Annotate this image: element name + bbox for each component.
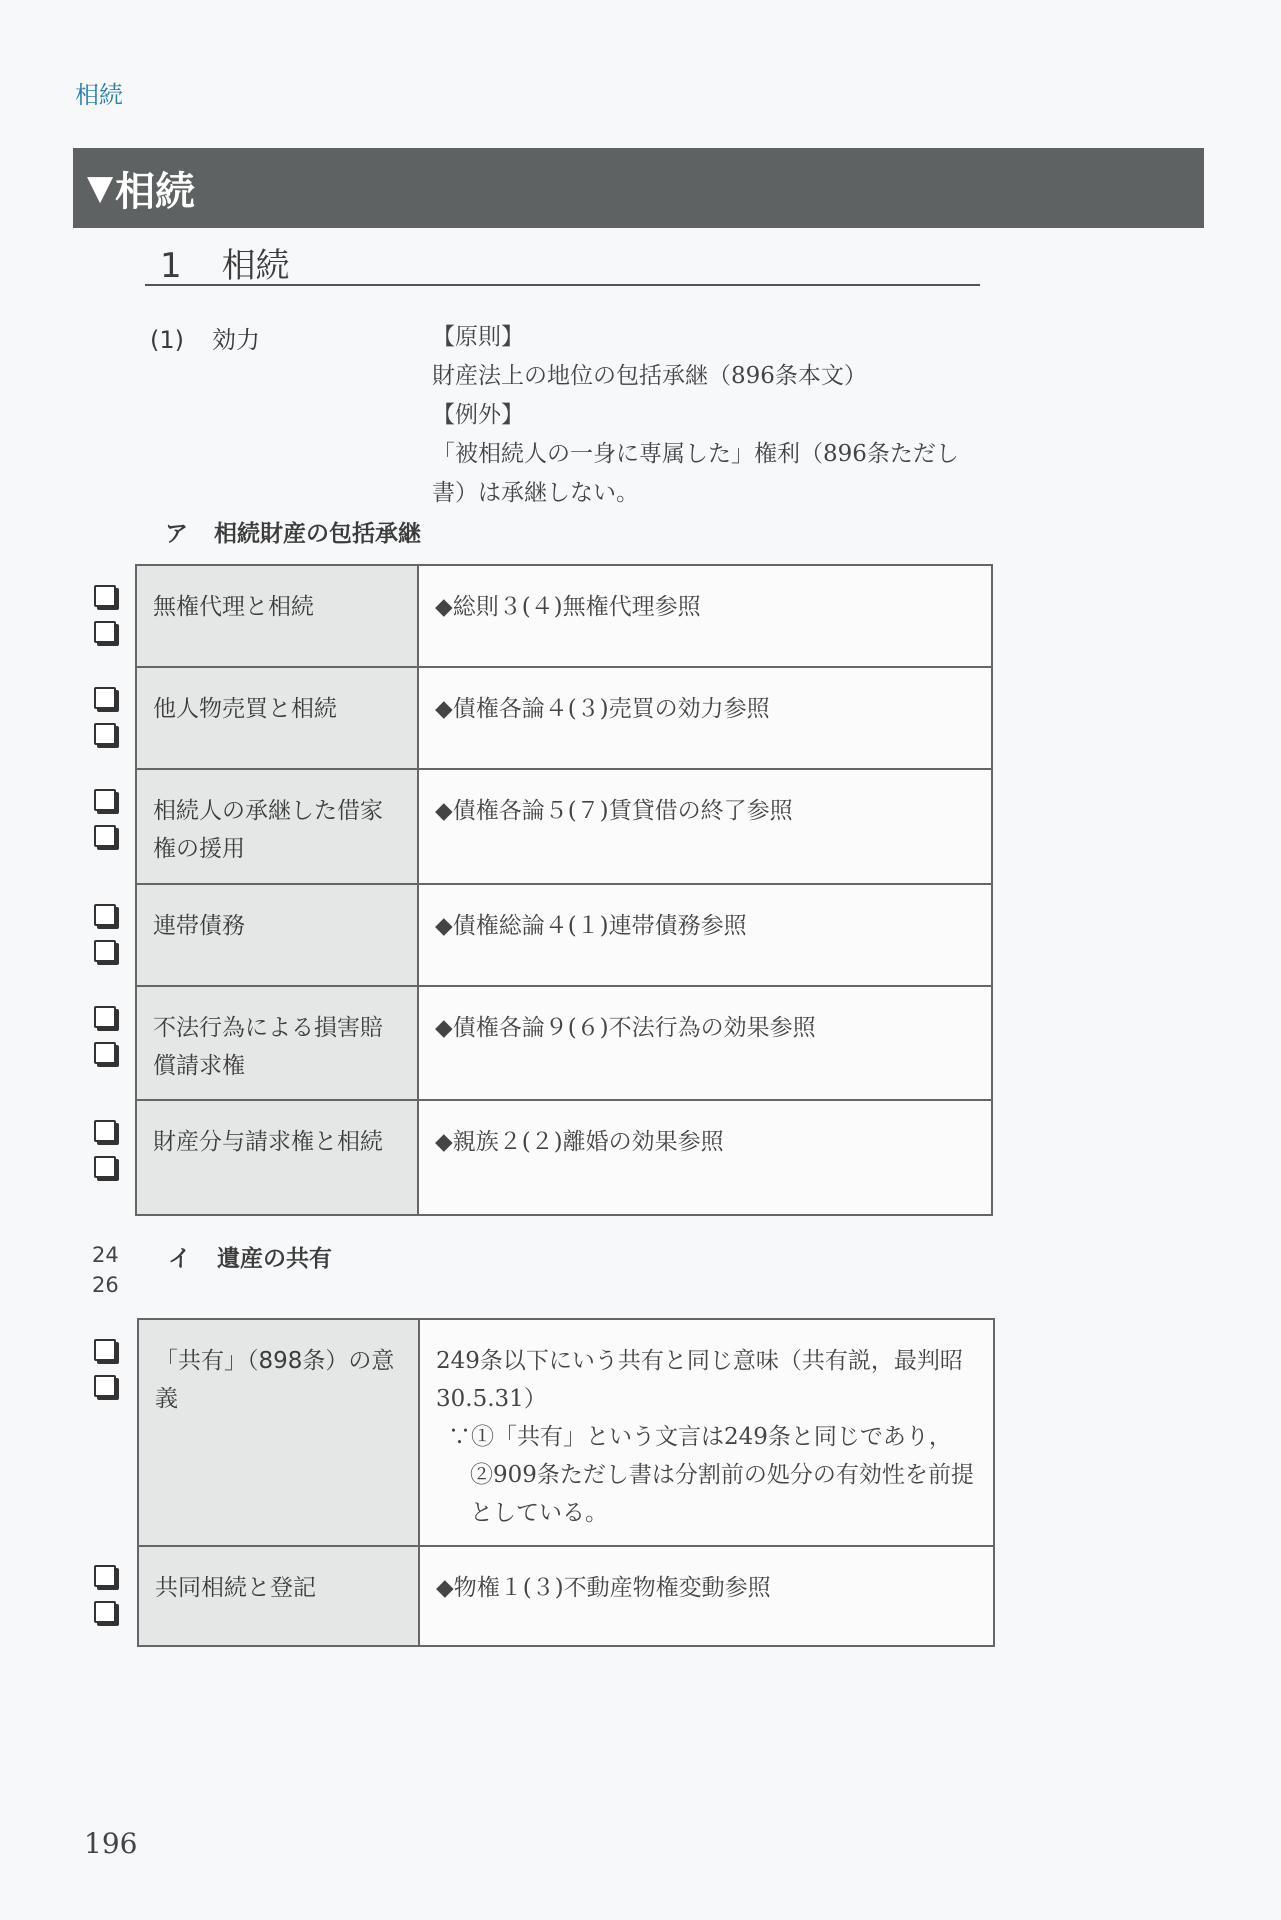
table-row: 「共有」（898条）の意義 249条以下にいう共有と同じ意味（共有説，最判昭30… — [138, 1319, 994, 1546]
subsection-a-title: 相続財産の包括承継 — [214, 521, 421, 547]
table-row: 財産分与請求権と相続 ◆親族２(２)離婚の効果参照 — [136, 1100, 992, 1215]
checkbox-group-3 — [94, 789, 122, 857]
topic-cell: 連帯債務 — [136, 884, 418, 986]
checkbox-group-4 — [94, 904, 122, 972]
topic-cell: 無権代理と相続 — [136, 565, 418, 667]
topic-cell: 不法行為による損害賠償請求権 — [136, 986, 418, 1100]
reference-text: 249条以下にいう共有と同じ意味（共有説，最判昭30.5.31） — [436, 1342, 979, 1418]
topic-cell: 共同相続と登記 — [138, 1546, 419, 1646]
subsection-b-mark: イ — [168, 1246, 191, 1272]
checkbox-group-2 — [94, 687, 122, 755]
table-row: 相続人の承継した借家権の援用 ◆債権各論５(７)賃貸借の終了参照 — [136, 769, 992, 884]
effect-number: (1) — [150, 326, 184, 354]
chapter-heading-bar: ▼ 相続 — [73, 148, 1204, 228]
reference-table-b: 「共有」（898条）の意義 249条以下にいう共有と同じ意味（共有説，最判昭30… — [137, 1318, 995, 1647]
principle-text: 財産法上の地位の包括承継（896条本文） — [432, 357, 992, 396]
reference-table-a: 無権代理と相続 ◆総則３(４)無権代理参照 他人物売買と相続 ◆債権各論４(３)… — [135, 564, 993, 1216]
subsection-b-title: 遺産の共有 — [217, 1246, 332, 1272]
checkbox[interactable] — [94, 1375, 116, 1397]
topic-cell: 財産分与請求権と相続 — [136, 1100, 418, 1215]
section-title: 1相続 — [160, 238, 290, 287]
checkbox[interactable] — [94, 723, 116, 745]
side-number: 26 — [92, 1270, 119, 1300]
reference-cell: ◆総則３(４)無権代理参照 — [418, 565, 992, 667]
checkbox[interactable] — [94, 825, 116, 847]
reference-cell: ◆債権総論４(１)連帯債務参照 — [418, 884, 992, 986]
triangle-down-icon: ▼ — [87, 168, 113, 208]
checkbox[interactable] — [94, 1120, 116, 1142]
reference-cell: ◆親族２(２)離婚の効果参照 — [418, 1100, 992, 1215]
exception-label: 【例外】 — [432, 396, 992, 435]
checkbox-group-7 — [94, 1339, 122, 1407]
page-number: 196 — [84, 1827, 137, 1860]
table-row: 共同相続と登記 ◆物権１(３)不動産物権変動参照 — [138, 1546, 994, 1646]
exception-text: 「被相続人の一身に専属した」権利（896条ただし書）は承継しない。 — [432, 435, 992, 513]
checkbox[interactable] — [94, 789, 116, 811]
principle-label: 【原則】 — [432, 318, 992, 357]
side-note-numbers: 24 26 — [92, 1240, 119, 1300]
effect-title: 効力 — [212, 326, 260, 354]
checkbox[interactable] — [94, 1601, 116, 1623]
running-head: 相続 — [75, 75, 123, 110]
reference-cell: ◆債権各論４(３)売買の効力参照 — [418, 667, 992, 769]
table-row: 連帯債務 ◆債権総論４(１)連帯債務参照 — [136, 884, 992, 986]
checkbox[interactable] — [94, 585, 116, 607]
reference-cell: ◆債権各論５(７)賃貸借の終了参照 — [418, 769, 992, 884]
table-row: 無権代理と相続 ◆総則３(４)無権代理参照 — [136, 565, 992, 667]
subsection-a-mark: ア — [165, 521, 188, 547]
reference-cell: 249条以下にいう共有と同じ意味（共有説，最判昭30.5.31） ∵①「共有」と… — [419, 1319, 994, 1546]
checkbox[interactable] — [94, 1339, 116, 1361]
topic-cell: 他人物売買と相続 — [136, 667, 418, 769]
checkbox[interactable] — [94, 621, 116, 643]
checkbox[interactable] — [94, 1156, 116, 1178]
table-row: 他人物売買と相続 ◆債権各論４(３)売買の効力参照 — [136, 667, 992, 769]
topic-cell: 相続人の承継した借家権の援用 — [136, 769, 418, 884]
subsection-b-heading: イ遺産の共有 — [168, 1240, 332, 1273]
checkbox-group-1 — [94, 585, 122, 653]
section-number: 1 — [160, 246, 182, 286]
checkbox[interactable] — [94, 904, 116, 926]
checkbox[interactable] — [94, 1006, 116, 1028]
chapter-title: 相続 — [115, 160, 195, 217]
effect-label: (1)効力 — [150, 320, 260, 355]
checkbox[interactable] — [94, 940, 116, 962]
reference-cell: ◆物権１(３)不動産物権変動参照 — [419, 1546, 994, 1646]
effect-description: 【原則】 財産法上の地位の包括承継（896条本文） 【例外】 「被相続人の一身に… — [432, 318, 992, 513]
table-row: 不法行為による損害賠償請求権 ◆債権各論９(６)不法行為の効果参照 — [136, 986, 992, 1100]
checkbox-group-6 — [94, 1120, 122, 1188]
checkbox-group-5 — [94, 1006, 122, 1074]
checkbox-group-8 — [94, 1565, 122, 1633]
subsection-a-heading: ア相続財産の包括承継 — [165, 515, 421, 548]
section-divider — [145, 284, 980, 286]
reason-text: ∵①「共有」という文言は249条と同じであり，②909条ただし書は分割前の処分の… — [436, 1418, 979, 1532]
side-number: 24 — [92, 1240, 119, 1270]
checkbox[interactable] — [94, 1042, 116, 1064]
checkbox[interactable] — [94, 687, 116, 709]
checkbox[interactable] — [94, 1565, 116, 1587]
topic-cell: 「共有」（898条）の意義 — [138, 1319, 419, 1546]
section-title-text: 相続 — [222, 246, 290, 286]
reference-cell: ◆債権各論９(６)不法行為の効果参照 — [418, 986, 992, 1100]
